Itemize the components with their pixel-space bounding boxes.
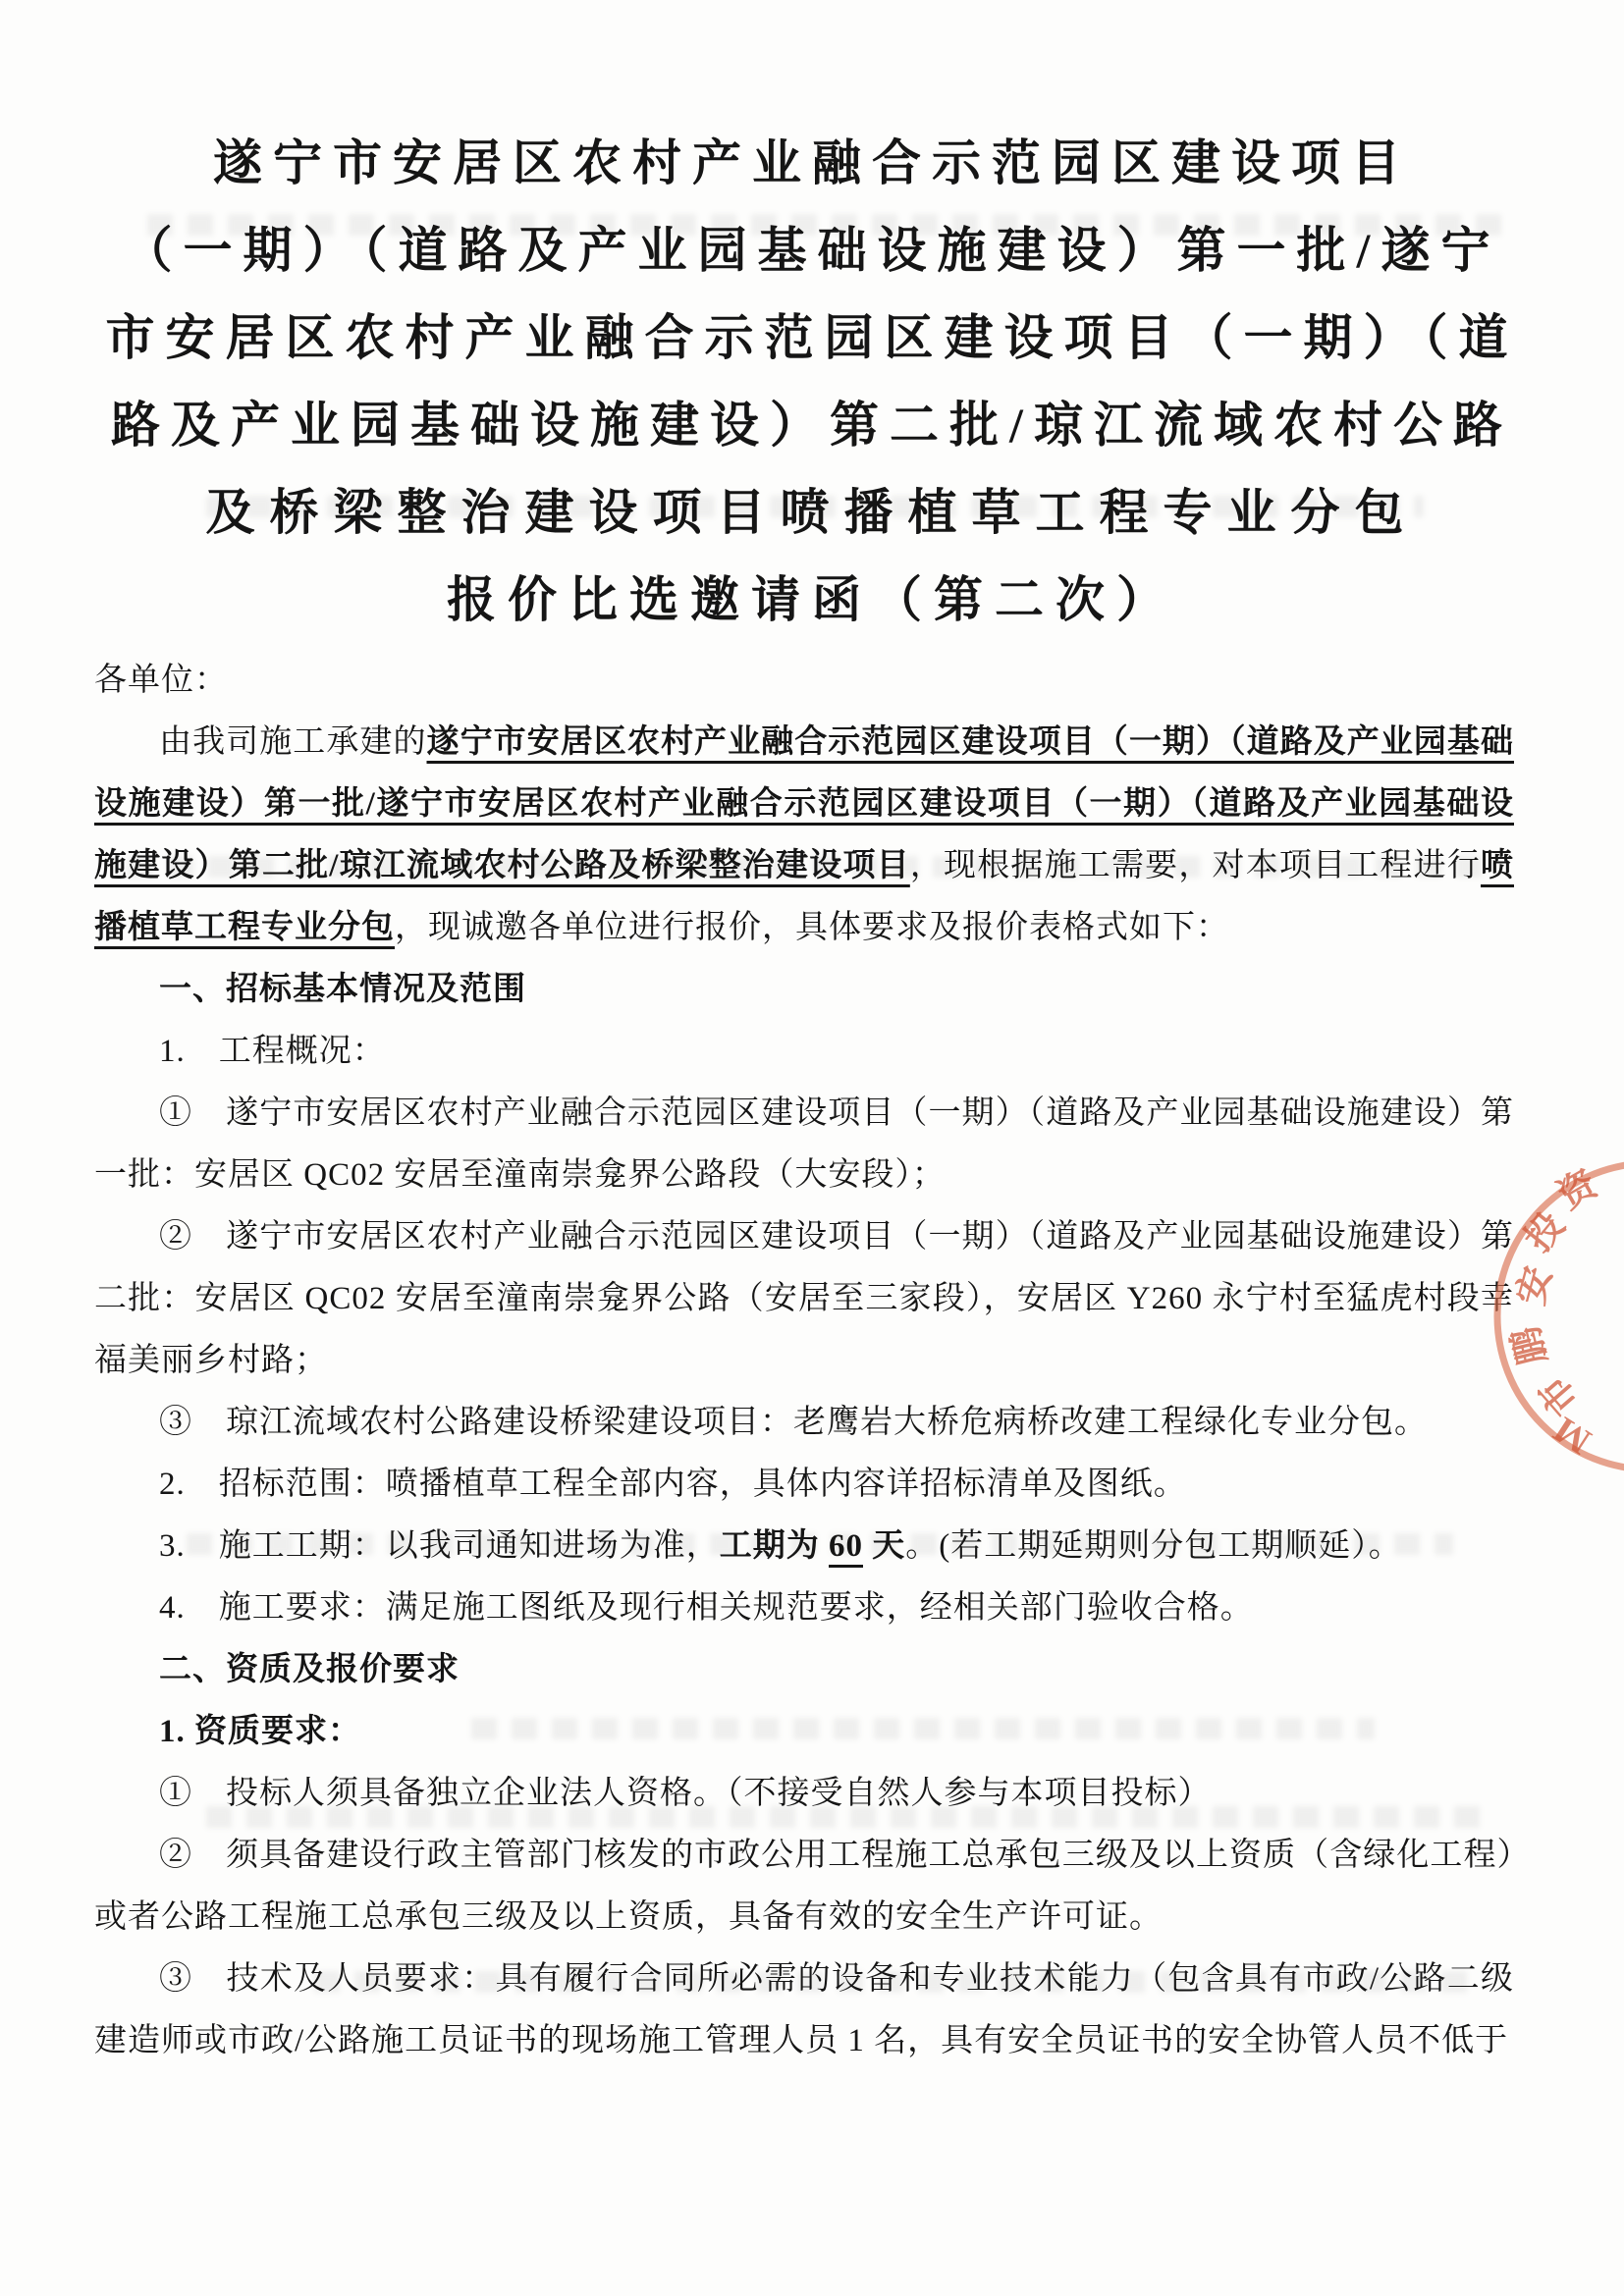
document-page: 遂宁市安居区农村产业融合示范园区建设项目 （一期）（道路及产业园基础设施建设）第…: [0, 0, 1624, 2296]
intro-mid: ，现根据施工需要，对本项目工程进行: [910, 848, 1481, 883]
duration-tail: 。(若工期延期则分包工期顺延）。: [905, 1528, 1402, 1564]
section2-heading: 二、资质及报价要求: [94, 1639, 1514, 1701]
title-line: 市安居区农村产业融合示范园区建设项目（一期）（道: [39, 294, 1585, 382]
title-line: （一期）（道路及产业园基础设施建设）第一批/遂宁: [39, 207, 1585, 294]
section2-sub1-heading: 1. 资质要求：: [94, 1701, 1514, 1763]
section1-project-2: ② 遂宁市安居区农村产业融合示范园区建设项目（一期）（道路及产业园基础设施建设）…: [94, 1206, 1514, 1392]
duration-lead: 3. 施工工期：以我司通知进场为准，: [159, 1528, 720, 1564]
section1-item-requirement: 4. 施工要求：满足施工图纸及现行相关规范要求，经相关部门验收合格。: [94, 1577, 1514, 1639]
section1-project-1: ① 遂宁市安居区农村产业融合示范园区建设项目（一期）（道路及产业园基础设施建设）…: [94, 1083, 1514, 1206]
title-line: 遂宁市安居区农村产业融合示范园区建设项目: [39, 120, 1585, 207]
document-title: 遂宁市安居区农村产业融合示范园区建设项目 （一期）（道路及产业园基础设施建设）第…: [39, 120, 1585, 644]
section1-item-duration: 3. 施工工期：以我司通知进场为准，工期为 60 天。(若工期延期则分包工期顺延…: [94, 1516, 1514, 1577]
section1-heading: 一、招标基本情况及范围: [94, 959, 1514, 1021]
title-line: 及桥梁整治建设项目喷播植草工程专业分包: [39, 469, 1585, 557]
intro-lead: 由我司施工承建的: [159, 724, 427, 760]
salutation: 各单位：: [94, 650, 1514, 712]
intro-paragraph: 由我司施工承建的遂宁市安居区农村产业融合示范园区建设项目（一期）（道路及产业园基…: [94, 712, 1514, 959]
section1-project-3: ③ 琼江流域农村公路建设桥梁建设项目：老鹰岩大桥危病桥改建工程绿化专业分包。: [94, 1392, 1514, 1454]
title-line: 报价比选邀请函（第二次）: [39, 557, 1585, 644]
intro-tail: ，现诚邀各单位进行报价，具体要求及报价表格式如下：: [395, 910, 1229, 945]
section1-item-scope: 2. 招标范围：喷播植草工程全部内容，具体内容详招标清单及图纸。: [94, 1454, 1514, 1516]
duration-bold: 工期为: [720, 1528, 829, 1564]
section2-qualification-3: ③ 技术及人员要求：具有履行合同所必需的设备和专业技术能力（包含具有市政/公路二…: [94, 1949, 1514, 2072]
duration-days: 60: [829, 1528, 863, 1564]
title-line: 路及产业园基础设施建设）第二批/琼江流域农村公路: [39, 382, 1585, 469]
section2-qualification-2: ② 须具备建设行政主管部门核发的市政公用工程施工总承包三级及以上资质（含绿化工程…: [94, 1825, 1514, 1949]
duration-unit: 天: [863, 1528, 905, 1564]
document-body: 各单位： 由我司施工承建的遂宁市安居区农村产业融合示范园区建设项目（一期）（道路…: [94, 650, 1514, 2072]
section2-qualification-1: ① 投标人须具备独立企业法人资格。（不接受自然人参与本项目投标）: [94, 1763, 1514, 1825]
section1-item-overview: 1. 工程概况：: [94, 1021, 1514, 1083]
